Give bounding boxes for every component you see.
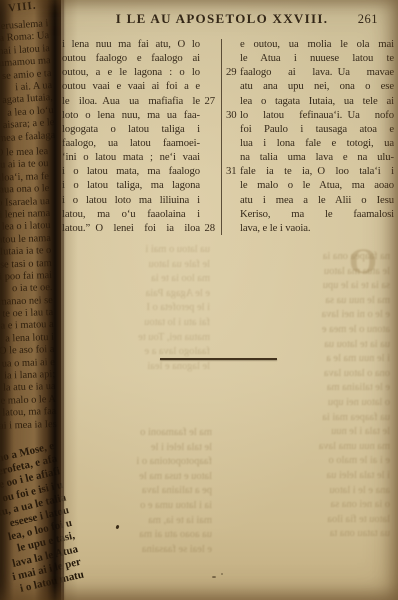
verse-number <box>200 207 215 221</box>
verse-number: 29 <box>226 65 240 79</box>
verse-text: faalogo ai lava. Ua mavae <box>240 65 394 79</box>
text-line: ʻini o latou mata ; neʻi vaai <box>62 150 215 164</box>
ink-speck <box>115 525 119 530</box>
verse-number <box>226 150 240 164</box>
text-line: 30 lo latou fefinauaʻi. Ua nofo <box>226 108 394 122</box>
verse-text: lava, e le i vaoia. <box>240 221 394 235</box>
verse-number <box>200 122 215 136</box>
verse-number <box>200 178 215 192</box>
verse-text: i o latou taliga, ma lagona <box>62 178 200 192</box>
verse-text: outou faalogo e faalogo ai <box>62 51 200 65</box>
text-line: 31 fale ia te ia, O loo talaʻi i <box>226 164 394 178</box>
text-line: i o latou mata, ma faalogo <box>62 164 215 178</box>
verse-text: atu ana upu nei, ona o ese <box>240 79 394 93</box>
verse-text: latou.” O lenei foi ia iloa <box>62 221 200 235</box>
verse-text: lo latou fefinauaʻi. Ua nofo <box>240 108 394 122</box>
verse-number <box>226 94 240 108</box>
text-line: i lena nuu ma fai atu, O lo <box>62 37 215 51</box>
left-column: i lena nuu ma fai atu, O lo outou faalog… <box>62 37 215 235</box>
verse-text: le iloa. Aua ua mafiafia le <box>62 94 200 108</box>
verse-number <box>200 108 215 122</box>
verse-text: foi Paulo i tausaga atoa e <box>240 122 394 136</box>
book-page-scan: VIII. Ierusalema ia Roma: Uamai i latou … <box>0 0 398 600</box>
text-line: le malo o le Atua, ma aoao <box>226 178 394 192</box>
verse-number <box>226 193 240 207</box>
verse-text: na talia uma lava e na ulu- <box>240 150 394 164</box>
text-line: lua i lona fale e totogi, ua <box>226 136 394 150</box>
text-line: latou, ma oʻu faaolaina i <box>62 207 215 221</box>
verse-number <box>226 221 240 235</box>
verse-text: i o latou mata, ma faalogo <box>62 164 200 178</box>
text-line: latou.” O lenei foi ia iloa 28 <box>62 221 215 235</box>
text-line: le Atua i nuuese latou te <box>226 51 394 65</box>
right-column: e outou, ua molia le ola mai le Atua i n… <box>226 37 394 235</box>
text-line: 29 faalogo ai lava. Ua mavae <box>226 65 394 79</box>
verse-number <box>226 37 240 51</box>
verse-number <box>200 164 215 178</box>
verse-number <box>226 136 240 150</box>
text-columns: i lena nuu ma fai atu, O lo outou faalog… <box>62 37 394 237</box>
verse-text: i o latou loto ma liliuina i <box>62 193 200 207</box>
text-line: lava, e le i vaoia. <box>226 221 394 235</box>
text-line: outou, a e le lagona : o lo <box>62 65 215 79</box>
text-line: faalogo, ua latou faamoei- <box>62 136 215 150</box>
verse-text: logogata o latou taliga i <box>62 122 200 136</box>
verse-text: loto o lena nuu, ma ua faa- <box>62 108 200 122</box>
verse-number: 27 <box>200 94 215 108</box>
section-divider-rule <box>160 358 277 360</box>
verse-text: i lena nuu ma fai atu, O lo <box>62 37 200 51</box>
verse-number <box>226 122 240 136</box>
verse-number <box>226 51 240 65</box>
verse-text: latou, ma oʻu faaolaina i <box>62 207 200 221</box>
text-line: logogata o latou taliga i <box>62 122 215 136</box>
page-header: I LE AU APOSETOLO XXVIII. 261 <box>62 11 392 29</box>
verse-number <box>200 79 215 93</box>
text-line: outou vaai e vaai ai foi a e <box>62 79 215 93</box>
verse-text: ʻini o latou mata ; neʻi vaai <box>62 150 200 164</box>
ink-speck <box>221 573 223 575</box>
text-line: foi Paulo i tausaga atoa e <box>226 122 394 136</box>
verse-text: atu i mea a le Alii o Iesu <box>240 193 394 207</box>
column-divider-rule <box>221 39 222 235</box>
verse-text: fale ia te ia, O loo talaʻi i <box>240 164 394 178</box>
text-line: Keriso, ma le faamalosi <box>226 207 394 221</box>
text-line: i o latou loto ma liliuina i <box>62 193 215 207</box>
running-header: I LE AU APOSETOLO XXVIII. <box>102 11 342 27</box>
verse-number <box>200 51 215 65</box>
verse-text: e outou, ua molia le ola mai <box>240 37 394 51</box>
text-line: e outou, ua molia le ola mai <box>226 37 394 51</box>
printed-page-content: I LE AU APOSETOLO XXVIII. 261 i lena nuu… <box>0 0 398 600</box>
verse-text: le malo o le Atua, ma aoao <box>240 178 394 192</box>
text-line: na talia uma lava e na ulu- <box>226 150 394 164</box>
text-line: loto o lena nuu, ma ua faa- <box>62 108 215 122</box>
verse-text: Keriso, ma le faamalosi <box>240 207 394 221</box>
verse-number <box>226 207 240 221</box>
verse-text: faalogo, ua latou faamoei- <box>62 136 200 150</box>
verse-number: 30 <box>226 108 240 122</box>
text-line: i o latou taliga, ma lagona <box>62 178 215 192</box>
verse-number <box>226 79 240 93</box>
verse-number: 31 <box>226 164 240 178</box>
verse-text: outou vaai e vaai ai foi a e <box>62 79 200 93</box>
ink-speck <box>212 576 216 578</box>
text-line: atu ana upu nei, ona o ese <box>226 79 394 93</box>
text-line: lea o tagata Iutaia, ua tele ai <box>226 94 394 108</box>
verse-number <box>200 136 215 150</box>
verse-text: outou, a e le lagona : o lo <box>62 65 200 79</box>
verse-text: lea o tagata Iutaia, ua tele ai <box>240 94 394 108</box>
verse-number: 28 <box>200 221 215 235</box>
page-number: 261 <box>358 12 378 27</box>
text-line: atu i mea a le Alii o Iesu <box>226 193 394 207</box>
verse-number <box>226 178 240 192</box>
text-line: le iloa. Aua ua mafiafia le 27 <box>62 94 215 108</box>
verse-number <box>200 150 215 164</box>
verse-text: le Atua i nuuese latou te <box>240 51 394 65</box>
verse-number <box>200 193 215 207</box>
verse-number <box>200 65 215 79</box>
verse-text: lua i lona fale e totogi, ua <box>240 136 394 150</box>
text-line: outou faalogo e faalogo ai <box>62 51 215 65</box>
verse-number <box>200 37 215 51</box>
